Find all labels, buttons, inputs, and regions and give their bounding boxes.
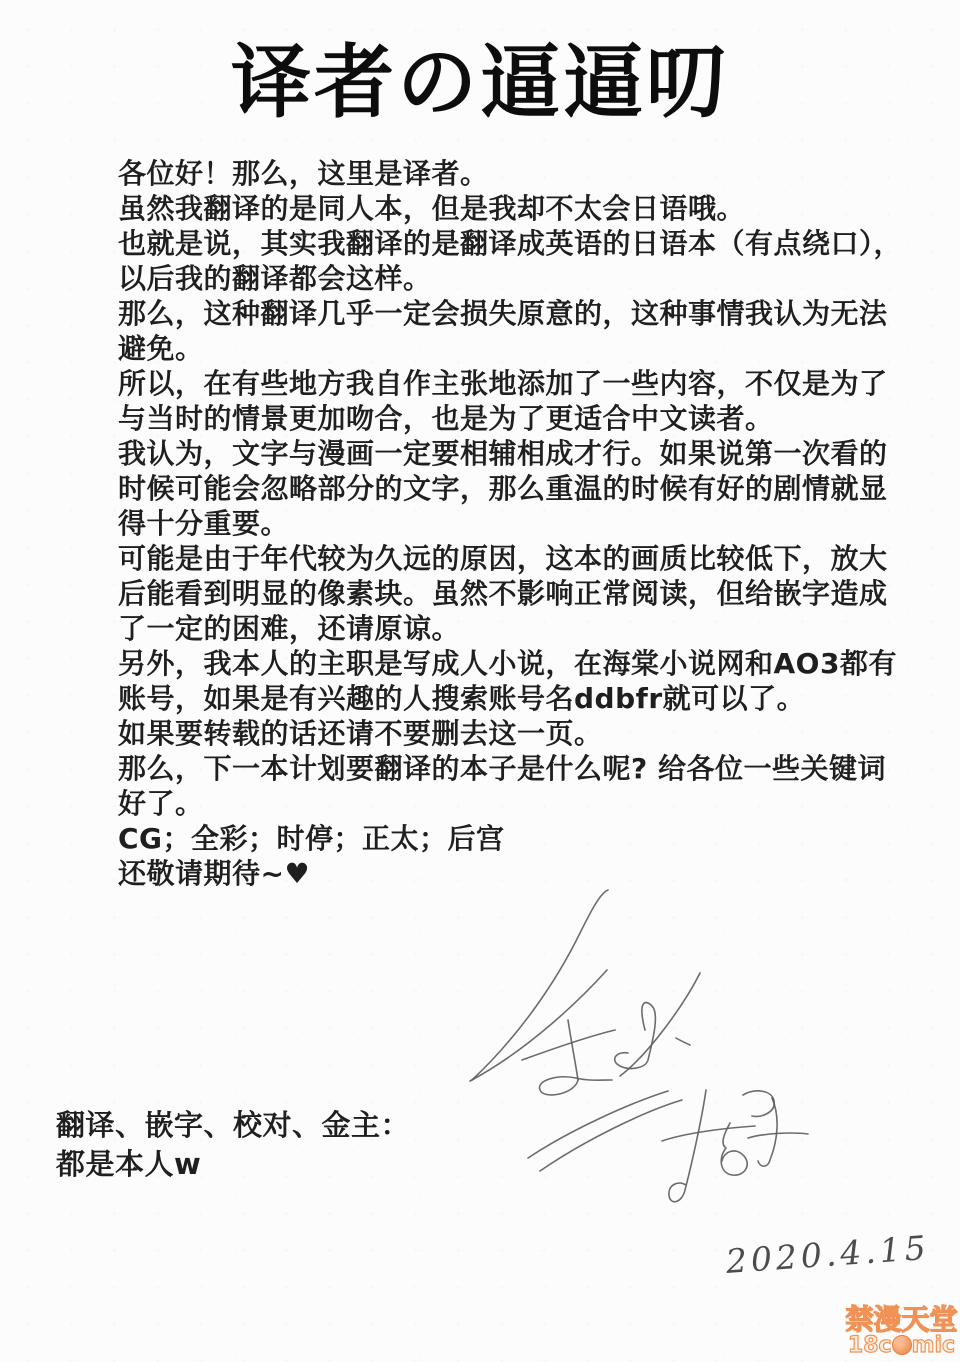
body-line: 所以，在有些地方我自作主张地添加了一些内容，不仅是为了: [118, 366, 898, 401]
body-line: 可能是由于年代较为久远的原因，这本的画质比较低下，放大: [118, 541, 898, 576]
body-line: 与当时的情景更加吻合，也是为了更适合中文读者。: [118, 401, 898, 436]
body-line: 也就是说，其实我翻译的是翻译成英语的日语本（有点绕口），: [118, 226, 898, 261]
body-line: 得十分重要。: [118, 506, 898, 541]
watermark-domain: 18cmic: [843, 1335, 960, 1357]
body-line: CG；全彩；时停；正太；后宫: [118, 821, 898, 856]
body-line: 各位好！那么，这里是译者。: [118, 156, 898, 191]
body-line: 另外，我本人的主职是写成人小说，在海棠小说网和AO3都有: [118, 646, 898, 681]
body-line: 时候可能会忽略部分的文字，那么重温的时候有好的剧情就显: [118, 471, 898, 506]
body-line: 虽然我翻译的是同人本，但是我却不太会日语哦。: [118, 191, 898, 226]
handwritten-date: 2020.4.15: [725, 1228, 931, 1281]
page-title: 译者の逼逼叨: [0, 18, 960, 133]
body-line: 如果要转载的话还请不要删去这一页。: [118, 716, 898, 751]
body-line: 我认为，文字与漫画一定要相辅相成才行。如果说第一次看的: [118, 436, 898, 471]
body-line: 那么，下一本计划要翻译的本子是什么呢? 给各位一些关键词: [118, 751, 898, 786]
body-line: 避免。: [118, 331, 898, 366]
scanned-translator-note-page: 译者の逼逼叨 各位好！那么，这里是译者。 虽然我翻译的是同人本，但是我却不太会日…: [0, 0, 960, 1362]
credits-roles-line: 翻译、嵌字、校对、金主：: [56, 1106, 410, 1145]
watermark: 禁漫天堂 18cmic: [843, 1306, 960, 1357]
credits-block: 翻译、嵌字、校对、金主： 都是本人w: [56, 1106, 410, 1184]
body-line: 那么，这种翻译几乎一定会损失原意的，这种事情我认为无法: [118, 296, 898, 331]
watermark-domain-suffix: mic: [912, 1333, 956, 1358]
watermark-site-name: 禁漫天堂: [843, 1306, 960, 1334]
body-line: 了一定的困难，还请原谅。: [118, 611, 898, 646]
signature-icon: [430, 868, 850, 1216]
mascot-dot-icon: [892, 1335, 912, 1355]
body-line: 以后我的翻译都会这样。: [118, 261, 898, 296]
translator-note-body: 各位好！那么，这里是译者。 虽然我翻译的是同人本，但是我却不太会日语哦。 也就是…: [118, 156, 898, 891]
credits-person-line: 都是本人w: [56, 1145, 410, 1184]
body-line: 账号，如果是有兴趣的人搜索账号名ddbfr就可以了。: [118, 681, 898, 716]
watermark-domain-prefix: 18c: [848, 1333, 892, 1358]
body-line: 好了。: [118, 786, 898, 821]
body-line: 后能看到明显的像素块。虽然不影响正常阅读，但给嵌字造成: [118, 576, 898, 611]
